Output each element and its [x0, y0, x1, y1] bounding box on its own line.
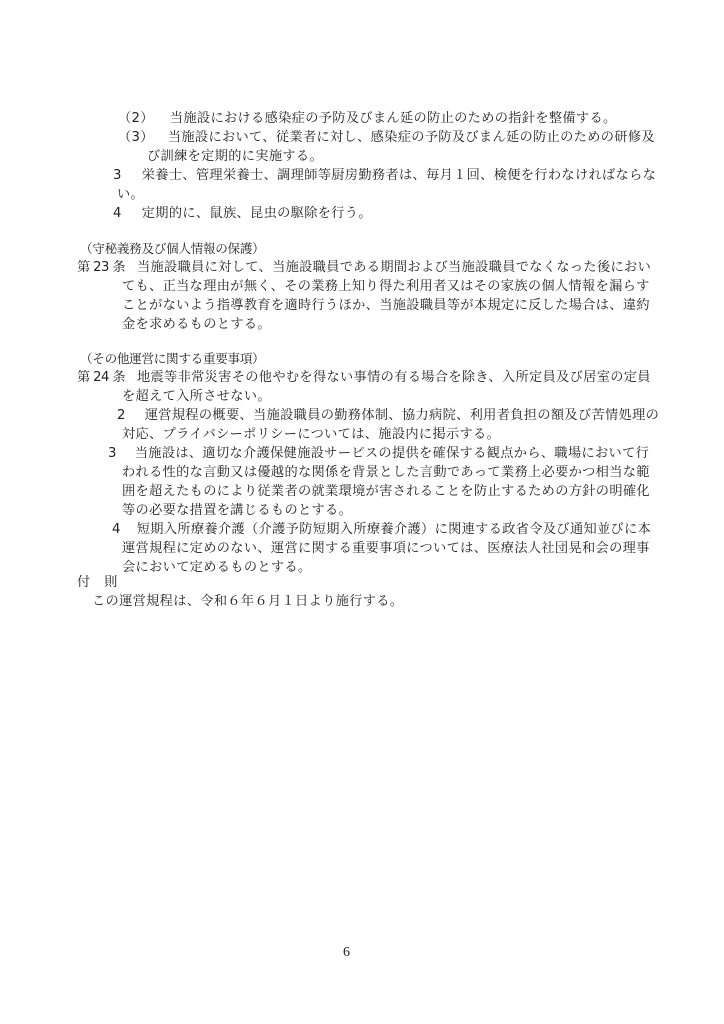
article-24-clause-3-line-4: 等の必要な措置を講じるものとする。 [122, 501, 352, 520]
article-number: 第 23 条 [77, 258, 125, 277]
clause-text: 運営規程の概要、当施設職員の勤務体制、協力病院、利用者負担の額及び苦情処理の [145, 408, 659, 423]
clause-text: 定期的に、鼠族、昆虫の駆除を行う。 [142, 206, 372, 221]
article-23-heading: （守秘義務及び個人情報の保護） [80, 239, 264, 258]
list-item-2: （2）当施設における感染症の予防及びまん延の防止のための指針を整備する。 [118, 109, 617, 128]
article-24-line-2: を超えて入所させない。 [122, 387, 271, 406]
article-23-line-3: ことがないよう指導教育を適時行うほか、当施設職員等が本規定に反した場合は、違約 [122, 296, 650, 315]
item-text: 当施設において、従業者に対し、感染症の予防及びまん延の防止のための研修及 [168, 130, 655, 145]
supplementary-text: この運営規程は、令和６年６月１日より施行する。 [92, 592, 403, 611]
clause-3-continuation: い。 [117, 185, 144, 204]
clause-3: 3栄養士、管理栄養士、調理師等厨房勤務者は、毎月１回、検便を行わなければならな [113, 166, 656, 185]
article-23-line-1: 第 23 条当施設職員に対して、当施設職員である期間および当施設職員でなくなった… [77, 258, 651, 277]
clause-marker: 4 [113, 206, 122, 221]
page-number: 6 [343, 945, 350, 961]
article-24-heading: （その他運営に関する重要事項） [80, 349, 264, 368]
article-24-clause-4-line-3: 会において定めるものとする。 [122, 558, 312, 577]
supplementary-heading: 付 則 [77, 573, 118, 592]
clause-text: 短期入所療養介護（介護予防短期入所療養介護）に関連する政省令及び通知並びに本 [137, 522, 651, 537]
clause-marker: 2 [117, 408, 126, 423]
article-24-line-1: 第 24 条地震等非常災害その他やむを得ない事情の有る場合を除き、入所定員及び居… [77, 368, 651, 387]
article-24-clause-2: 2運営規程の概要、当施設職員の勤務体制、協力病院、利用者負担の額及び苦情処理の [117, 406, 659, 425]
item-text: 当施設における感染症の予防及びまん延の防止のための指針を整備する。 [170, 111, 617, 126]
article-text: 当施設職員に対して、当施設職員である期間および当施設職員でなくなった後におい [137, 260, 651, 275]
clause-text: 当施設は、適切な介護保健施設サービスの提供を確保する観点から、職場において行 [135, 446, 649, 461]
clause-marker: 4 [112, 522, 121, 537]
item-marker: （3） [118, 130, 154, 145]
article-24-clause-3-line-2: われる性的な言動又は優越的な関係を背景とした言動であって業務上必要かつ相当な範 [122, 463, 650, 482]
article-24-clause-3: 3当施設は、適切な介護保健施設サービスの提供を確保する観点から、職場において行 [108, 444, 649, 463]
list-item-3: （3）当施設において、従業者に対し、感染症の予防及びまん延の防止のための研修及 [118, 128, 655, 147]
article-24-clause-4-line-2: 運営規程に定めのない、運営に関する重要事項については、医療法人社団晃和会の理事 [122, 539, 650, 558]
article-24-clause-4: 4短期入所療養介護（介護予防短期入所療養介護）に関連する政省令及び通知並びに本 [112, 520, 651, 539]
clause-4: 4定期的に、鼠族、昆虫の駆除を行う。 [113, 204, 372, 223]
document-page: （2）当施設における感染症の予防及びまん延の防止のための指針を整備する。 （3）… [0, 0, 724, 1024]
item-marker: （2） [118, 111, 154, 126]
article-text: 地震等非常災害その他やむを得ない事情の有る場合を除き、入所定員及び居室の定員 [137, 370, 651, 385]
list-item-3-continuation: び訓練を定期的に実施する。 [147, 147, 323, 166]
article-23-line-2: ても、正当な理由が無く、その業務上知り得た利用者又はその家族の個人情報を漏らす [122, 277, 650, 296]
clause-marker: 3 [113, 168, 122, 183]
clause-marker: 3 [108, 446, 117, 461]
clause-text: 栄養士、管理栄養士、調理師等厨房勤務者は、毎月１回、検便を行わなければならな [142, 168, 656, 183]
article-24-clause-3-line-3: 囲を超えたものにより従業者の就業環境が害されることを防止するための方針の明確化 [122, 482, 650, 501]
article-number: 第 24 条 [77, 368, 125, 387]
article-24-clause-2-line-2: 対応、プライバシーポリシーについては、施設内に掲示する。 [122, 425, 500, 444]
article-23-line-4: 金を求めるものとする。 [122, 315, 271, 334]
